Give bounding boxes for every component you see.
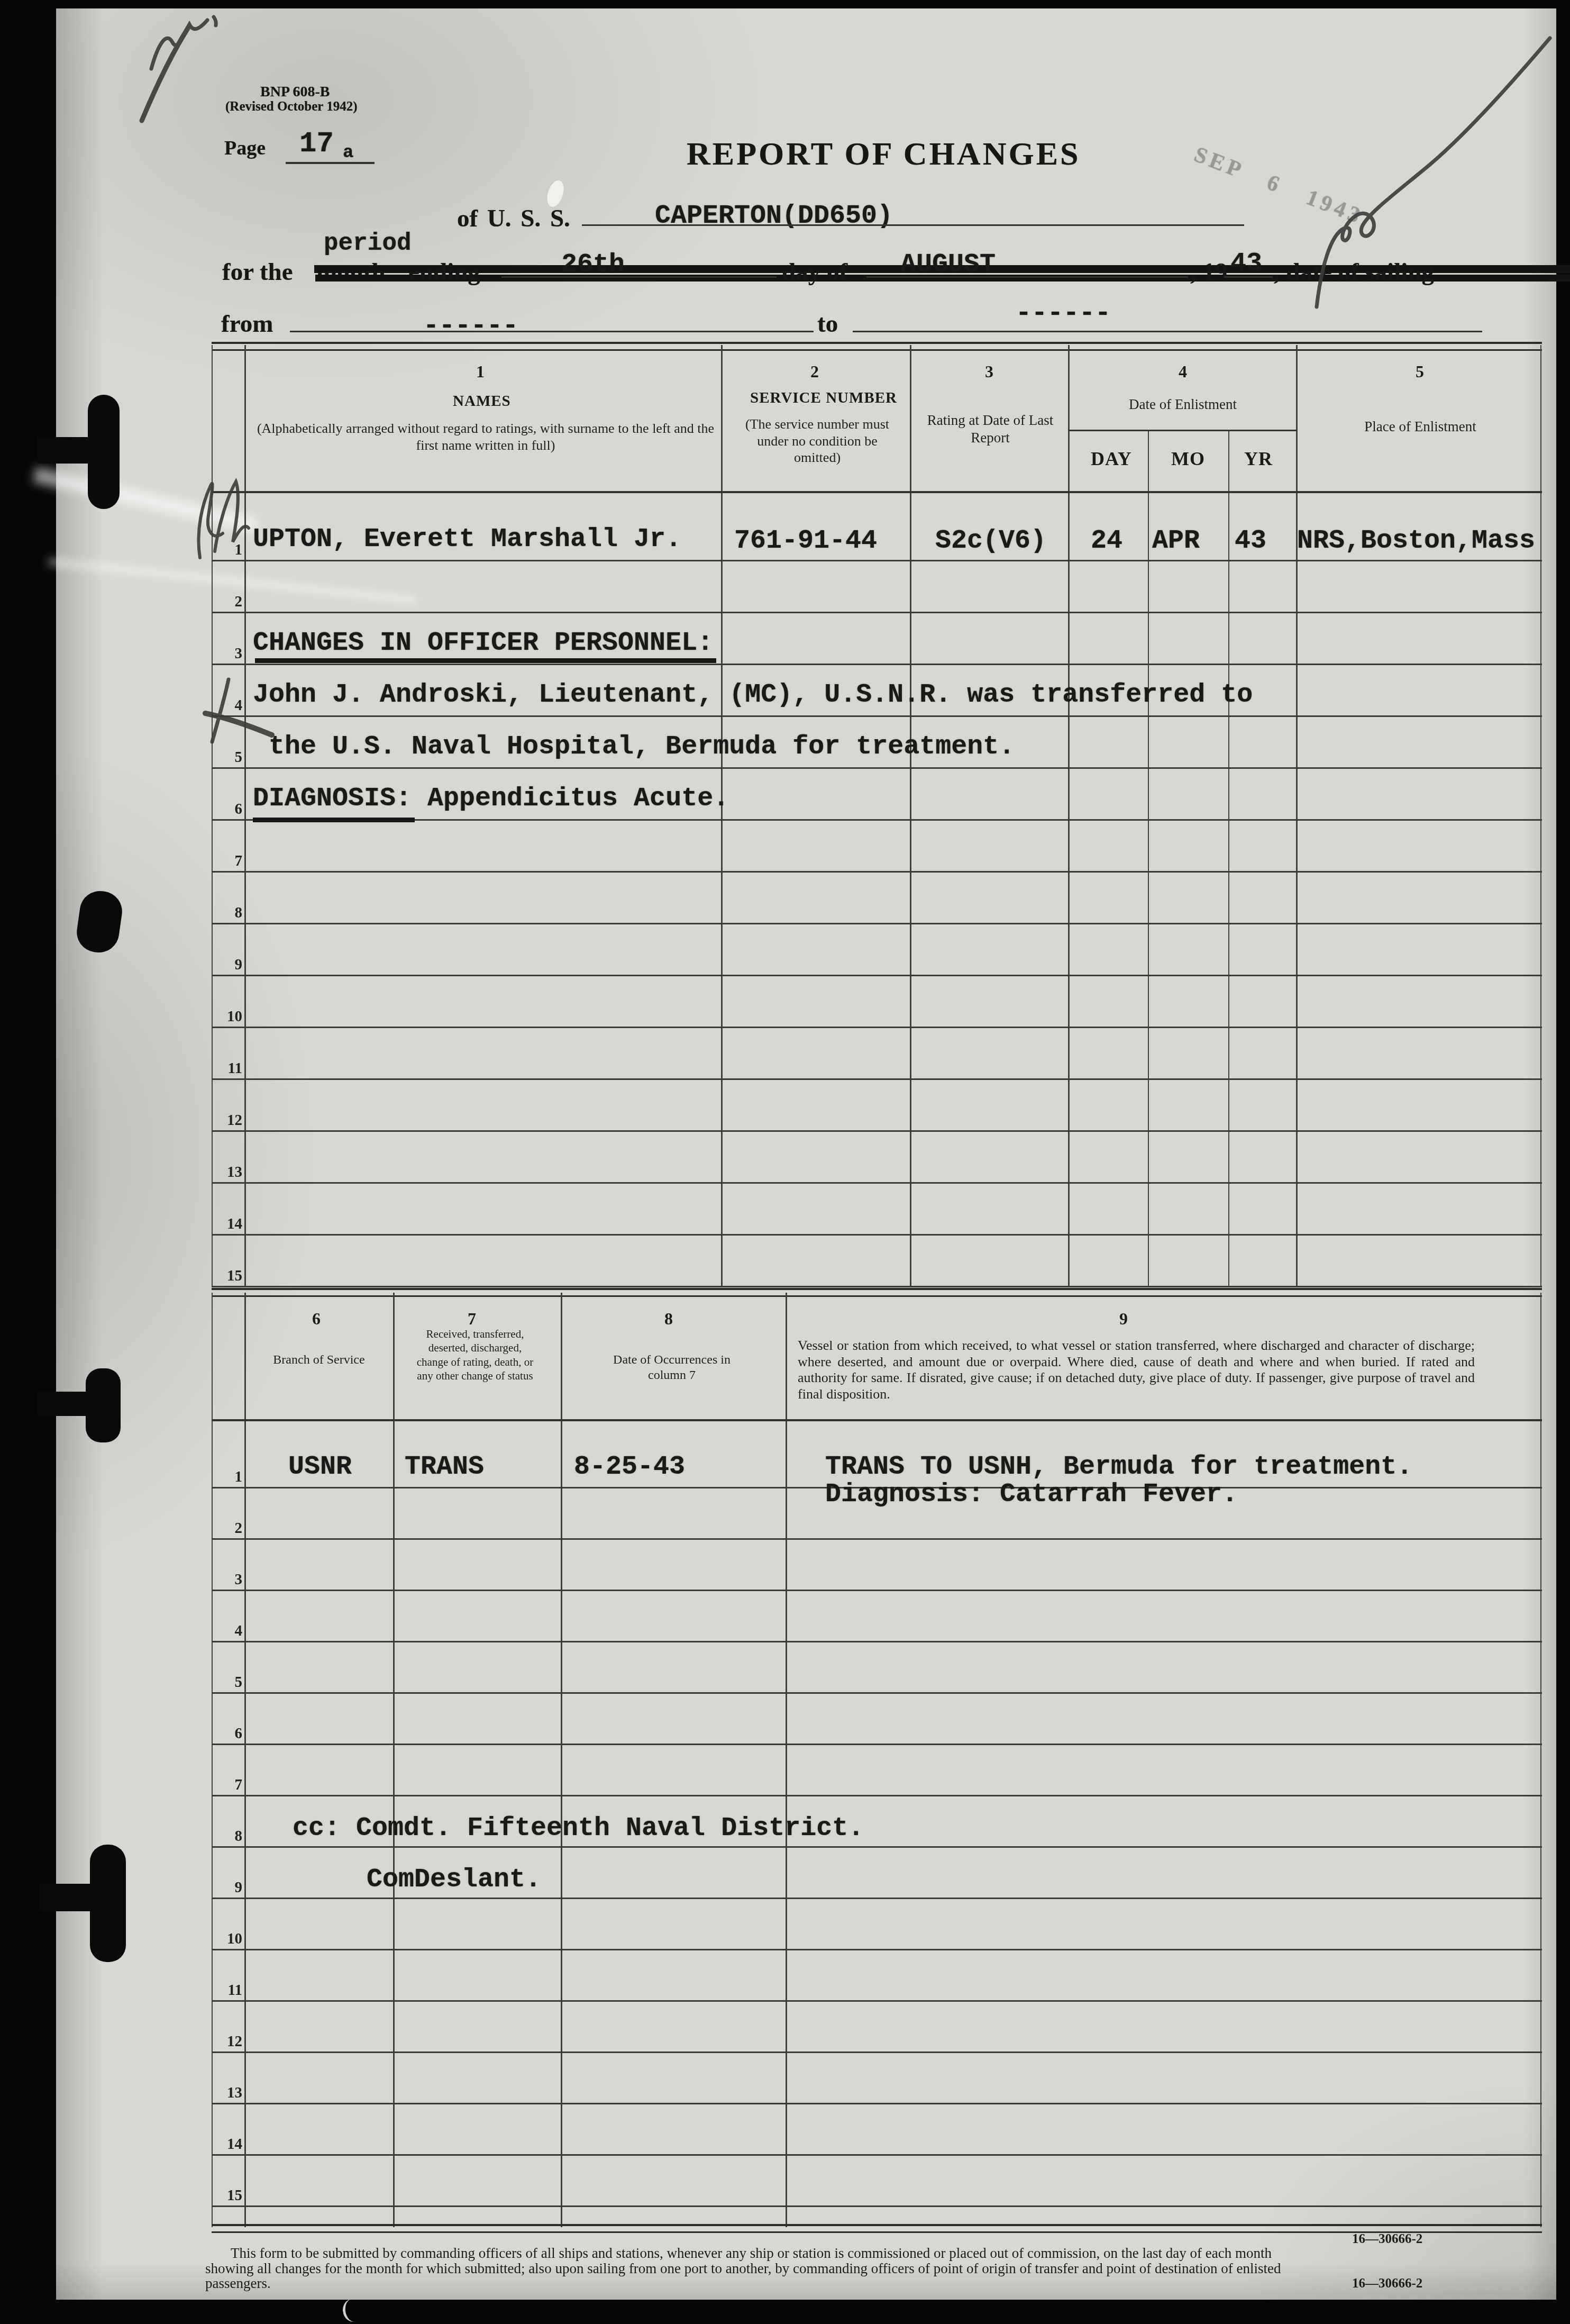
to-label: to [817,310,838,338]
page-number-suffix: a [343,144,353,162]
table-row: 12 [212,1078,1542,1132]
col6-title: Branch of Service [253,1352,385,1368]
table2-top-border [212,1288,1542,1297]
day-underline [501,276,777,278]
col7-number: 7 [468,1309,476,1329]
col4-title: Date of Enlistment [1079,396,1286,413]
table-row: 1UPTON, Everett Marshall Jr. 761-91-44S2… [212,508,1542,561]
table-row: 10 [212,1898,1542,1950]
of-uss-label: of U. S. S. [457,204,570,233]
footer-note-line1: This form to be submitted by commanding … [231,2245,1272,2262]
col1-subtitle: (Alphabetically arranged without regard … [253,420,718,453]
col5-number: 5 [1416,362,1424,382]
page-number-underline [286,162,375,164]
table-row: 1USNR TRANS8-25-43 TRANS TO USNH, Bermud… [212,1436,1542,1488]
col9-title: Vessel or station from which received, t… [798,1338,1475,1403]
table-row: 8cc: Comdt. Fifteenth Naval District. [212,1795,1542,1848]
footer-note-line3: passengers. [205,2275,271,2292]
table-row: 15 [212,2154,1542,2207]
col6-number: 6 [312,1309,321,1329]
binder-hole-bar [37,1392,93,1416]
document-title: REPORT OF CHANGES [687,135,1080,173]
table-row: 15 [212,1234,1542,1287]
diagnosis-underline [253,818,415,822]
table-row: 13 [212,2051,1542,2104]
ending-label: ending [408,258,480,286]
scanned-document: BNP 608-B (Revised October 1942) Page 17… [0,0,1570,2324]
year-underline [1224,276,1273,278]
scan-scratch [341,2297,366,2323]
col5-title: Place of Enlistment [1322,418,1518,435]
table-row: 4 [212,1590,1542,1642]
table2-header-bottom-line [212,1419,1542,1421]
table-row: 11 [212,1027,1542,1080]
table-row: 9ComDeslant. [212,1846,1542,1899]
date-of-sailing-label: , date of sailing [1274,258,1434,286]
col9-number: 9 [1119,1309,1128,1329]
from-label: from [221,310,273,338]
footer-note-line2: showing all changes for the month for wh… [205,2261,1281,2277]
table-row: 7 [212,1744,1542,1796]
binder-hole-bar [39,1884,97,1911]
table-row: 11 [212,1949,1542,2002]
table-row: 3CHANGES IN OFFICER PERSONNEL: [212,612,1542,665]
print-code-2: 16—30666-2 [1352,2276,1422,2291]
page-number: 17 [299,130,334,159]
col4-day-label: DAY [1091,448,1132,470]
print-code: 16—30666-2 [1352,2232,1422,2247]
table-row: 14 [212,1182,1542,1236]
binder-hole-bar [37,437,95,464]
table-row: 8 [212,871,1542,924]
col8-number: 8 [664,1309,673,1329]
table-row: 6 [212,1692,1542,1745]
table-row: 12 [212,2000,1542,2053]
table-row: 2 [212,560,1542,613]
ship-name-underline [582,224,1244,226]
month-underline [866,276,1188,278]
col3-title: Rating at Date of Last Report [921,412,1059,447]
col2-subtitle: (The service number must under no condit… [738,416,897,466]
from-underline [290,331,814,332]
day-value: 26th [561,252,625,278]
table1-header-bottom-line [212,491,1542,493]
table-row: 4John J. Androski, Lieutenant, (MC), U.S… [212,664,1542,717]
table-row: 10 [212,975,1542,1028]
col7-title: Received, transferred, deserted, dischar… [412,1327,538,1383]
table-row: 6DIAGNOSIS: Appendicitus Acute. [212,767,1542,821]
day-of-label: day of [782,258,847,286]
to-underline [853,331,1482,332]
changes-heading-underline [255,658,716,663]
col3-number: 3 [985,362,993,382]
from-value: ------ [423,313,518,340]
period-annotation: period [324,231,412,256]
col2-number: 2 [810,362,819,382]
form-revision: (Revised October 1942) [225,99,358,114]
table1-enlistment-subline [1068,430,1297,431]
col8-title: Date of Occurrences in column 7 [598,1352,746,1384]
form-number: BNP 608-B [260,84,330,101]
table-row: 3 [212,1538,1542,1591]
table-row: 9 [212,923,1542,976]
year-value: 43 [1230,251,1262,277]
col4-number: 4 [1179,362,1187,382]
table-row: 13 [212,1130,1542,1184]
page-label: Page [224,137,266,160]
table-row: 14 [212,2103,1542,2156]
table-row: 5 [212,1641,1542,1694]
for-the-label: for the [222,258,293,286]
month-value: AUGUST [900,252,996,278]
to-value: ------ [1016,301,1111,327]
col2-title: SERVICE NUMBER [750,389,897,407]
col4-yr-label: YR [1244,448,1273,470]
table1-top-border [212,342,1542,351]
table2-bottom-border [212,2224,1542,2233]
table-row: 7 [212,819,1542,873]
table-row: 5the U.S. Naval Hospital, Bermuda for tr… [212,715,1542,769]
col1-title: NAMES [453,393,511,410]
col4-mo-label: MO [1171,448,1205,470]
col1-number: 1 [476,362,485,382]
comma-19-label: , 19 [1190,258,1228,286]
